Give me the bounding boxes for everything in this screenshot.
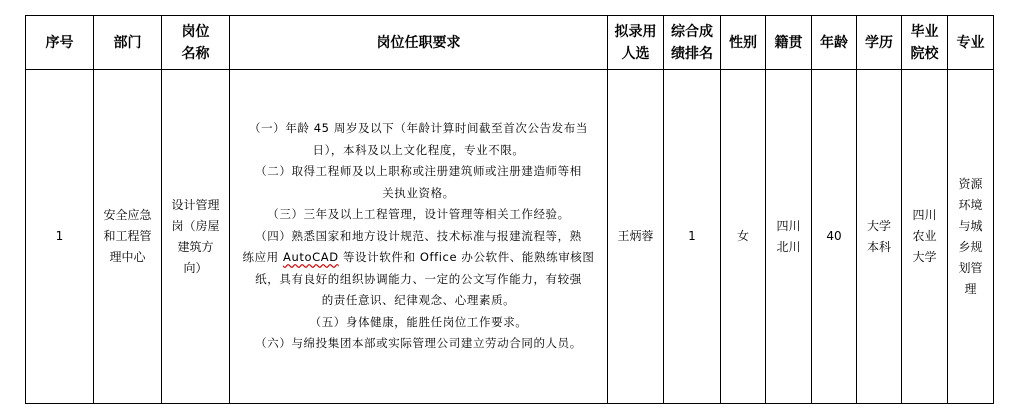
cell-major: 资源 环境 与城 乡规 划管 理	[948, 70, 994, 404]
header-index: 序号	[26, 16, 94, 70]
requirement-3: （三）三年及以上工程管理，设计管理等相关工作经验。	[230, 204, 607, 226]
header-rank: 综合成绩排名	[664, 16, 721, 70]
header-native-place: 籍贯	[766, 16, 812, 70]
cell-rank: 1	[664, 70, 721, 404]
header-candidate: 拟录用人选	[608, 16, 664, 70]
header-education: 学历	[857, 16, 902, 70]
cell-native-place: 四川 北川	[766, 70, 812, 404]
spellcheck-underline: AutoCAD	[283, 250, 339, 264]
cell-requirements: （一）年龄 45 周岁及以下（年龄计算时间截至首次公告发布当 日），本科及以上文…	[230, 70, 608, 404]
header-position: 岗位名称	[162, 16, 230, 70]
cell-department: 安全应急 和工程管 理中心	[94, 70, 162, 404]
header-gender: 性别	[721, 16, 766, 70]
cell-gender: 女	[721, 70, 766, 404]
cell-index: 1	[26, 70, 94, 404]
header-school: 毕业院校	[902, 16, 948, 70]
requirement-1: （一）年龄 45 周岁及以下（年龄计算时间截至首次公告发布当	[230, 118, 607, 140]
cell-candidate: 王炳蓉	[608, 70, 664, 404]
table-row: 1 安全应急 和工程管 理中心 设计管理 岗（房屋 建筑方 向） （一）年龄 4…	[26, 70, 994, 404]
header-requirements: 岗位任职要求	[230, 16, 608, 70]
requirement-5: （五）身体健康，能胜任岗位工作要求。	[230, 312, 607, 334]
header-department: 部门	[94, 16, 162, 70]
requirement-4: （四）熟悉国家和地方设计规范、技术标准与报建流程等，熟	[230, 226, 607, 248]
cell-school: 四川 农业 大学	[902, 70, 948, 404]
cell-position: 设计管理 岗（房屋 建筑方 向）	[162, 70, 230, 404]
header-age: 年龄	[812, 16, 857, 70]
cell-age: 40	[812, 70, 857, 404]
candidate-table: 序号 部门 岗位名称 岗位任职要求 拟录用人选 综合成绩排名 性别 籍贯 年龄 …	[25, 15, 994, 404]
cell-education: 大学 本科	[857, 70, 902, 404]
requirement-6: （六）与绵投集团本部或实际管理公司建立劳动合同的人员。	[230, 333, 607, 355]
requirement-2: （二）取得工程师及以上职称或注册建筑师或注册建造师等相	[230, 161, 607, 183]
header-row: 序号 部门 岗位名称 岗位任职要求 拟录用人选 综合成绩排名 性别 籍贯 年龄 …	[26, 16, 994, 70]
header-major: 专业	[948, 16, 994, 70]
